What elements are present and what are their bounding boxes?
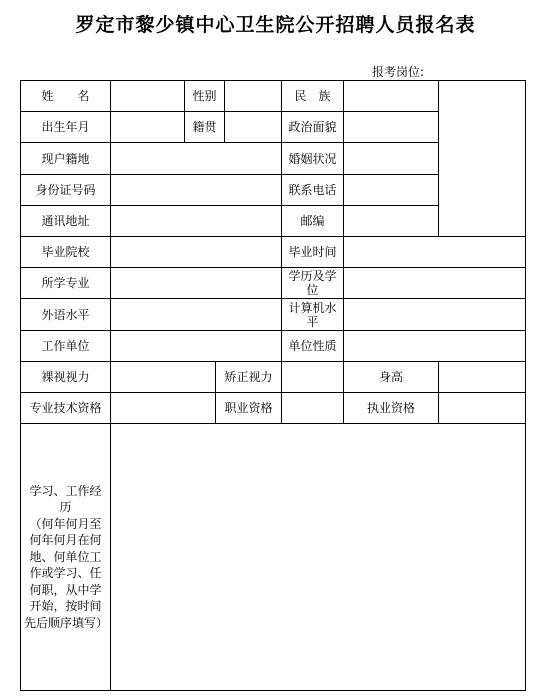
label-address: 通讯地址 bbox=[20, 205, 111, 237]
label-id-number: 身份证号码 bbox=[20, 174, 111, 206]
major-field[interactable] bbox=[110, 267, 282, 299]
grad-time-field[interactable] bbox=[343, 236, 526, 268]
label-household: 现户籍地 bbox=[20, 142, 111, 175]
postcode-field[interactable] bbox=[343, 205, 439, 237]
tech-qual-field[interactable] bbox=[110, 392, 216, 424]
label-political: 政治面貌 bbox=[281, 111, 344, 143]
label-computer: 计算机水平 bbox=[281, 298, 344, 331]
label-marital: 婚姻状况 bbox=[281, 142, 344, 175]
household-field[interactable] bbox=[110, 142, 282, 175]
native-place-field[interactable] bbox=[224, 111, 282, 143]
label-workplace: 工作单位 bbox=[20, 330, 111, 362]
label-phone: 联系电话 bbox=[281, 174, 344, 206]
gender-field[interactable] bbox=[224, 80, 282, 112]
form-title: 罗定市黎少镇中心卫生院公开招聘人员报名表 bbox=[0, 10, 551, 37]
corrected-vision-field[interactable] bbox=[281, 361, 344, 393]
label-naked-vision: 裸视视力 bbox=[20, 361, 111, 393]
label-height: 身高 bbox=[343, 361, 439, 393]
label-unit-nature: 单位性质 bbox=[281, 330, 344, 362]
label-tech-qual: 专业技术资格 bbox=[20, 392, 111, 424]
political-field[interactable] bbox=[343, 111, 439, 143]
marital-field[interactable] bbox=[343, 142, 439, 175]
phone-field[interactable] bbox=[343, 174, 439, 206]
label-gender: 性别 bbox=[184, 80, 225, 112]
experience-field[interactable] bbox=[110, 423, 526, 691]
practice-qual-field[interactable] bbox=[438, 392, 526, 424]
label-foreign-lang: 外语水平 bbox=[20, 298, 111, 331]
workplace-field[interactable] bbox=[110, 330, 282, 362]
label-native-place: 籍贯 bbox=[184, 111, 225, 143]
label-name: 姓 名 bbox=[20, 80, 111, 112]
label-postcode: 邮编 bbox=[281, 205, 344, 237]
computer-field[interactable] bbox=[343, 298, 526, 331]
name-field[interactable] bbox=[110, 80, 185, 112]
naked-vision-field[interactable] bbox=[110, 361, 216, 393]
ethnicity-field[interactable] bbox=[343, 80, 439, 112]
label-major: 所学专业 bbox=[20, 267, 111, 299]
label-school: 毕业院校 bbox=[20, 236, 111, 268]
label-vocational-qual: 职业资格 bbox=[215, 392, 282, 424]
label-corrected-vision: 矫正视力 bbox=[215, 361, 282, 393]
label-experience: 学习、工作经历 （何年何月至何年何月在何地、何单位工作或学习、任何职，从中学开始… bbox=[20, 423, 111, 691]
foreign-lang-field[interactable] bbox=[110, 298, 282, 331]
school-field[interactable] bbox=[110, 236, 282, 268]
id-number-field[interactable] bbox=[110, 174, 282, 206]
degree-field[interactable] bbox=[343, 267, 526, 299]
label-birth: 出生年月 bbox=[20, 111, 111, 143]
unit-nature-field[interactable] bbox=[343, 330, 526, 362]
label-grad-time: 毕业时间 bbox=[281, 236, 344, 268]
label-ethnicity: 民 族 bbox=[281, 80, 344, 112]
post-label: 报考岗位: bbox=[372, 63, 424, 80]
height-field[interactable] bbox=[438, 361, 526, 393]
address-field[interactable] bbox=[110, 205, 282, 237]
vocational-qual-field[interactable] bbox=[281, 392, 344, 424]
birth-field[interactable] bbox=[110, 111, 185, 143]
experience-label-text: 学习、工作经历 （何年何月至何年何月在何地、何单位工作或学习、任何职，从中学开始… bbox=[21, 483, 110, 632]
photo-box[interactable] bbox=[438, 80, 526, 237]
label-degree: 学历及学位 bbox=[281, 267, 344, 299]
label-practice-qual: 执业资格 bbox=[343, 392, 439, 424]
